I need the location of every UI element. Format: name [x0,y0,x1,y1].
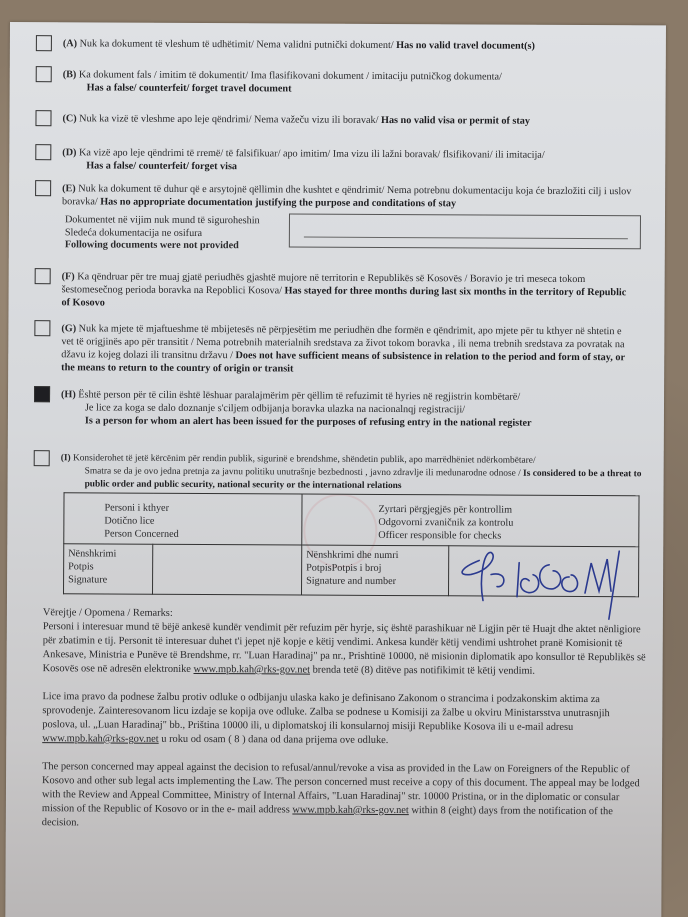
checkbox-i[interactable] [34,450,50,466]
reason-e: (E) Nuk ka dokument të duhur që e arsyto… [35,182,649,211]
person-signature-field[interactable] [153,544,302,595]
reason-a-en: Has no valid travel document(s) [396,40,535,52]
checkbox-c[interactable] [35,110,51,126]
officer-signature-label: Nënshkrimi dhe numri PotpisPotpis i broj… [302,545,449,596]
reason-h-en: Is a person for whom an alert has been i… [61,414,648,430]
checkbox-e[interactable] [35,180,51,196]
checkbox-h-checked[interactable] [34,386,50,402]
refusal-form-page: (A) Nuk ka dokument të vleshum të udhëti… [5,22,666,917]
email-link-en[interactable]: www.mpb.kah@rks-gov.net [292,804,408,816]
reason-i-local-sq: Konsiderohet të jetë kërcënim për rendin… [73,453,536,465]
reason-h: (H) Është person për të cilin është lësh… [34,388,648,430]
reason-b-local: Ka dokument fals / imitim të dokumentit/… [79,69,502,82]
reason-d: (D) Ka vizë apo leje qëndrimi të rremë/ … [35,146,649,175]
documents-not-provided-field[interactable] [289,213,641,249]
remarks-albanian: Personi i interesuar mund të bëjë ankesë… [43,620,647,679]
email-link-sq[interactable]: www.mpb.kah@rks-gov.net [194,664,310,676]
docs-label-sr: Sledeća dokumentacija ne osifura [65,227,265,241]
signature-table: Personi i kthyer Dotično lice Person Con… [63,492,640,597]
remarks-english: The person concerned may appeal against … [42,760,646,833]
reason-c-en: Has no valid visa or permit of stay [381,115,530,127]
docs-label-en: Following documents were not provided [65,239,265,253]
reason-d-en: Has a false/ counterfeit/ forget visa [62,159,649,175]
remarks-section: Vërejtje / Opomena / Remarks: Personi i … [42,606,647,847]
reason-i-local-sr: Smatra se da je ovo jedna pretnja za jav… [85,466,521,478]
checkbox-f[interactable] [35,268,51,284]
docs-label-sq: Dokumentet në vijim nuk mund të sigurohe… [65,214,265,228]
officer-signature-field[interactable] [449,546,639,597]
reason-b: (B) Ka dokument fals / imitim të dokumen… [36,68,650,97]
checkbox-b[interactable] [36,66,52,82]
checkbox-g[interactable] [34,320,50,336]
reason-c: (C) Nuk ka vizë të vleshme apo leje qënd… [35,112,649,128]
remarks-serbian: Lice ima pravo da podnese žalbu protiv o… [42,690,646,749]
reason-e-en: Has no appropriate documentation justify… [100,196,456,209]
checkbox-d[interactable] [35,144,51,160]
reason-g: (G) Nuk ka mjete të mjaftueshme të mbije… [34,322,648,377]
reason-c-local: Nuk ka vizë të vleshme apo leje qëndrimi… [79,113,378,126]
reason-i: (I) Konsiderohet të jetë kërcënim për re… [34,452,648,494]
reason-b-en: Has a false/ counterfeit/ forget travel … [63,81,650,97]
reason-h-local-sq: Është person për të cilin është lëshuar … [78,389,520,402]
reason-a-local: Nuk ka dokument të vleshum të udhëtimit/… [80,38,394,51]
reason-a: (A) Nuk ka dokument të vleshum të udhëti… [36,37,650,53]
email-link-sr[interactable]: www.mpb.kah@rks-gov.net [42,733,158,745]
person-concerned-header: Personi i kthyer Dotično lice Person Con… [64,493,302,545]
person-signature-label: Nënshkrimi Potpis Signature [64,544,153,594]
checkbox-a[interactable] [36,35,52,51]
documents-not-provided-label: Dokumentet në vijim nuk mund të sigurohe… [65,214,265,253]
docs-field-line [304,237,628,240]
reason-f: (F) Ka qëndruar për tre muaj gjatë periu… [34,270,648,312]
officer-header: Zyrtari përgjegjës për kontrollim Odgovo… [302,494,639,547]
